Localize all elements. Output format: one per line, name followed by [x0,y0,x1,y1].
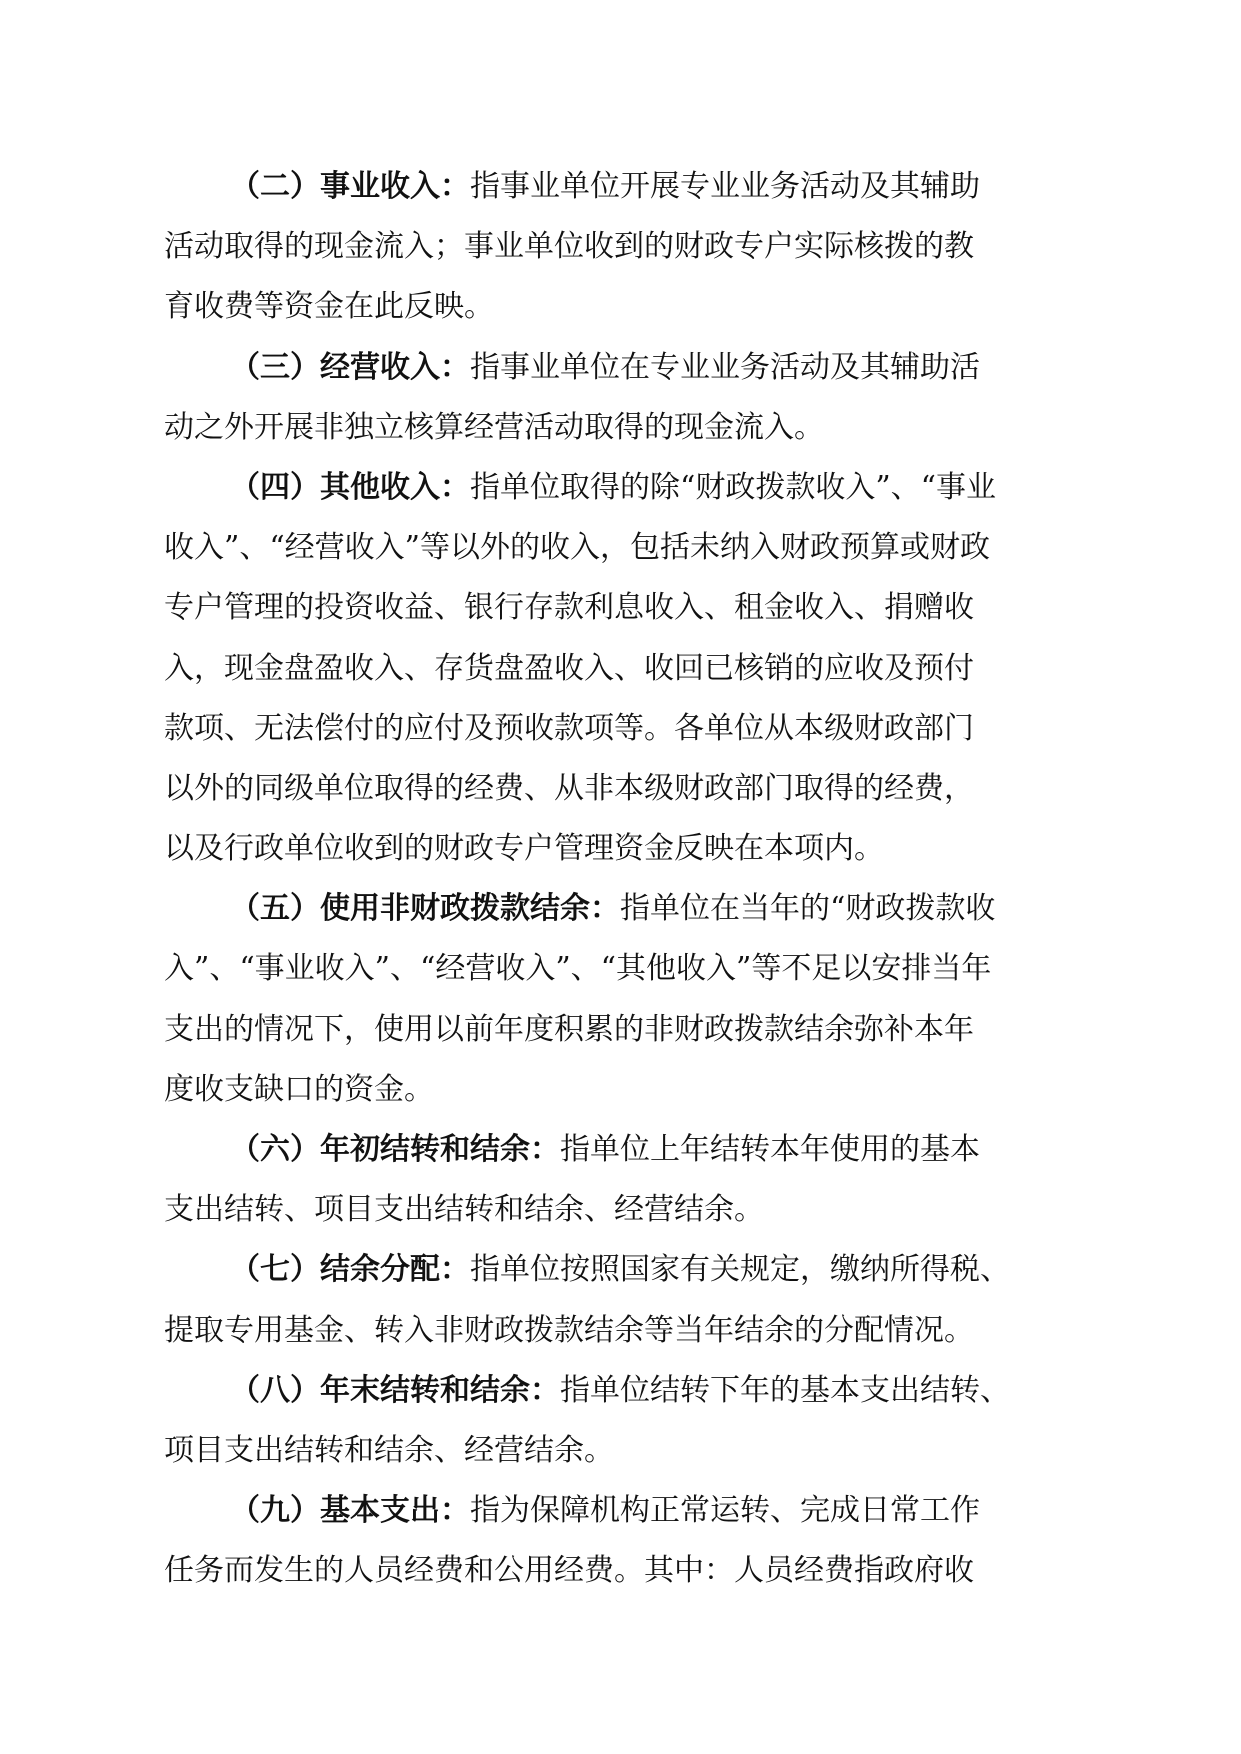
text-line: 以及行政单位收到的财政专户管理资金反映在本项内。 [164,819,1057,879]
text-line: 项目支出结转和结余、经营结余。 [164,1421,1057,1481]
definition-text: 入，现金盘盈收入、存货盘盈收入、收回已核销的应收及预付 [164,651,974,686]
definition-paragraph: （二）事业收入：指事业单位开展专业业务活动及其辅助活动取得的现金流入；事业单位收… [164,157,1057,338]
definition-text: 指事业单位开展专业业务活动及其辅助 [470,169,980,204]
definition-paragraph: （八）年末结转和结余：指单位结转下年的基本支出结转、项目支出结转和结余、经营结余… [164,1361,1057,1481]
term-heading: 其他收入： [320,470,470,505]
definition-text: 指单位上年结转本年使用的基本 [560,1132,980,1167]
term-heading: 年末结转和结余： [320,1373,560,1408]
term-heading: 结余分配： [320,1252,470,1287]
definition-paragraph: （九）基本支出：指为保障机构正常运转、完成日常工作任务而发生的人员经费和公用经费… [164,1481,1057,1601]
text-line: 专户管理的投资收益、银行存款利息收入、租金收入、捐赠收 [164,578,1057,638]
definition-paragraph: （四）其他收入：指单位取得的除“财政拨款收入”、“事业收入”、“经营收入”等以外… [164,458,1057,879]
definition-text: 指事业单位在专业业务活动及其辅助活 [470,350,980,385]
definition-text: 动之外开展非独立核算经营活动取得的现金流入。 [164,410,824,445]
text-line: 款项、无法偿付的应付及预收款项等。各单位从本级财政部门 [164,699,1057,759]
text-line: 动之外开展非独立核算经营活动取得的现金流入。 [164,398,1057,458]
definition-text: 指单位取得的除“财政拨款收入”、“事业 [470,470,996,505]
text-line: （四）其他收入：指单位取得的除“财政拨款收入”、“事业 [164,458,1057,518]
definition-paragraph: （三）经营收入：指事业单位在专业业务活动及其辅助活动之外开展非独立核算经营活动取… [164,338,1057,458]
definition-text: 度收支缺口的资金。 [164,1072,434,1107]
text-line: 支出的情况下，使用以前年度积累的非财政拨款结余弥补本年 [164,1000,1057,1060]
text-line: （五）使用非财政拨款结余：指单位在当年的“财政拨款收 [164,879,1057,939]
definition-paragraph: （六）年初结转和结余：指单位上年结转本年使用的基本支出结转、项目支出结转和结余、… [164,1120,1057,1240]
text-line: （三）经营收入：指事业单位在专业业务活动及其辅助活 [164,338,1057,398]
document-body: （二）事业收入：指事业单位开展专业业务活动及其辅助活动取得的现金流入；事业单位收… [164,157,1057,1602]
definition-text: 款项、无法偿付的应付及预收款项等。各单位从本级财政部门 [164,711,974,746]
definition-text: 育收费等资金在此反映。 [164,289,494,324]
definition-text: 项目支出结转和结余、经营结余。 [164,1433,614,1468]
text-line: （八）年末结转和结余：指单位结转下年的基本支出结转、 [164,1361,1057,1421]
definition-text: 提取专用基金、转入非财政拨款结余等当年结余的分配情况。 [164,1313,974,1348]
text-line: 任务而发生的人员经费和公用经费。其中：人员经费指政府收 [164,1541,1057,1601]
term-heading: 年初结转和结余： [320,1132,560,1167]
definition-text: 以及行政单位收到的财政专户管理资金反映在本项内。 [164,831,884,866]
document-page: （二）事业收入：指事业单位开展专业业务活动及其辅助活动取得的现金流入；事业单位收… [0,0,1241,1754]
text-line: （二）事业收入：指事业单位开展专业业务活动及其辅助 [164,157,1057,217]
text-line: 收入”、“经营收入”等以外的收入，包括未纳入财政预算或财政 [164,518,1057,578]
item-number-label: （五） [230,891,320,926]
definition-text: 入”、“事业收入”、“经营收入”、“其他收入”等不足以安排当年 [164,951,991,986]
text-line: 育收费等资金在此反映。 [164,277,1057,337]
item-number-label: （六） [230,1132,320,1167]
definition-text: 支出的情况下，使用以前年度积累的非财政拨款结余弥补本年 [164,1012,974,1047]
item-number-label: （三） [230,350,320,385]
item-number-label: （九） [230,1493,320,1528]
text-line: 入，现金盘盈收入、存货盘盈收入、收回已核销的应收及预付 [164,639,1057,699]
definition-text: 以外的同级单位取得的经费、从非本级财政部门取得的经费， [164,771,974,806]
definition-text: 专户管理的投资收益、银行存款利息收入、租金收入、捐赠收 [164,590,974,625]
item-number-label: （四） [230,470,320,505]
item-number-label: （八） [230,1373,320,1408]
definition-text: 收入”、“经营收入”等以外的收入，包括未纳入财政预算或财政 [164,530,990,565]
text-line: 以外的同级单位取得的经费、从非本级财政部门取得的经费， [164,759,1057,819]
term-heading: 使用非财政拨款结余： [320,891,620,926]
text-line: （六）年初结转和结余：指单位上年结转本年使用的基本 [164,1120,1057,1180]
item-number-label: （七） [230,1252,320,1287]
text-line: （七）结余分配：指单位按照国家有关规定，缴纳所得税、 [164,1240,1057,1300]
text-line: 度收支缺口的资金。 [164,1060,1057,1120]
definition-text: 支出结转、项目支出结转和结余、经营结余。 [164,1192,764,1227]
definition-paragraph: （五）使用非财政拨款结余：指单位在当年的“财政拨款收入”、“事业收入”、“经营收… [164,879,1057,1120]
term-heading: 基本支出： [320,1493,470,1528]
term-heading: 事业收入： [320,169,470,204]
item-number-label: （二） [230,169,320,204]
definition-text: 指为保障机构正常运转、完成日常工作 [470,1493,980,1528]
text-line: （九）基本支出：指为保障机构正常运转、完成日常工作 [164,1481,1057,1541]
definition-text: 任务而发生的人员经费和公用经费。其中：人员经费指政府收 [164,1553,974,1588]
text-line: 入”、“事业收入”、“经营收入”、“其他收入”等不足以安排当年 [164,939,1057,999]
definition-text: 指单位结转下年的基本支出结转、 [560,1373,1010,1408]
text-line: 活动取得的现金流入；事业单位收到的财政专户实际核拨的教 [164,217,1057,277]
definition-text: 指单位按照国家有关规定，缴纳所得税、 [470,1252,1010,1287]
text-line: 支出结转、项目支出结转和结余、经营结余。 [164,1180,1057,1240]
definition-text: 指单位在当年的“财政拨款收 [620,891,995,926]
text-line: 提取专用基金、转入非财政拨款结余等当年结余的分配情况。 [164,1301,1057,1361]
definition-text: 活动取得的现金流入；事业单位收到的财政专户实际核拨的教 [164,229,974,264]
term-heading: 经营收入： [320,350,470,385]
definition-paragraph: （七）结余分配：指单位按照国家有关规定，缴纳所得税、提取专用基金、转入非财政拨款… [164,1240,1057,1360]
